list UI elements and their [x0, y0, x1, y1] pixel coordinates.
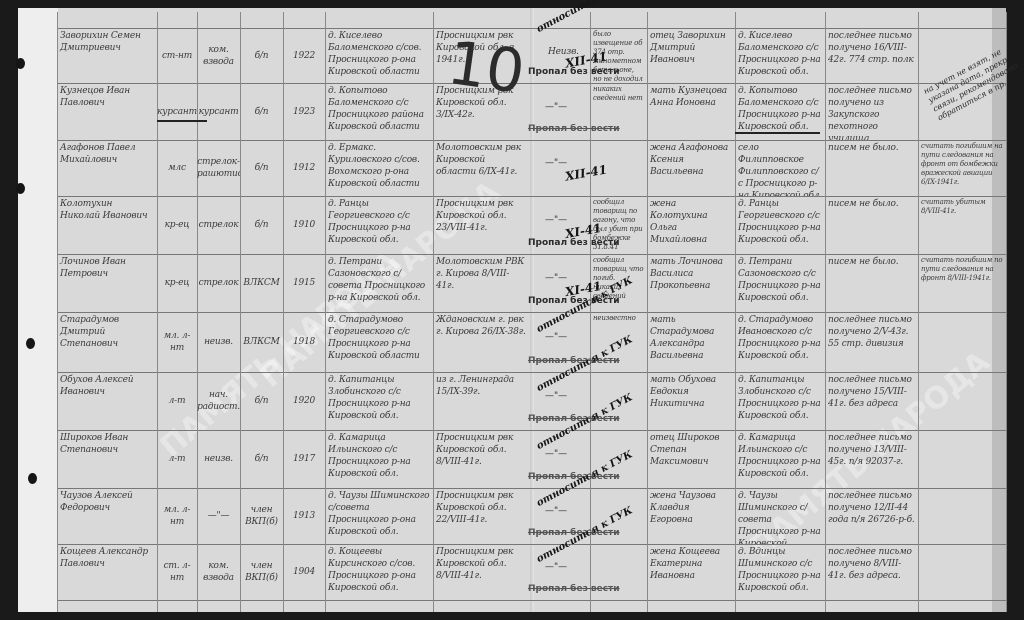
- cell-rank: кр-ец: [157, 196, 197, 254]
- cell-relative: жена Кощеева Екатерина Ивановна: [647, 544, 735, 600]
- cell-year: 1920: [283, 372, 325, 430]
- cell-relative: мать Обухова Евдокия Никитична: [647, 372, 735, 430]
- column-divider: [1006, 12, 1007, 612]
- cell-relative-address: д. Чаузы Шиминского с/совета Просницкого…: [735, 488, 825, 544]
- cell-party: ВЛКСМ: [240, 312, 283, 372]
- cell-name: Широков Иван Степанович: [57, 430, 157, 488]
- cell-birthplace: д. Ермакс. Куриловского с/сов. Вохомског…: [325, 140, 433, 196]
- cell-position: нач. радиост.: [197, 372, 240, 430]
- cell-birthplace: д. Камарица Ильинского с/с Просницкого р…: [325, 430, 433, 488]
- cell-letters: последнее письмо получено 15/VIII-41г. б…: [825, 372, 918, 430]
- unknown-annotation: Неизв.: [545, 44, 590, 58]
- cell-birthplace: д. Ранцы Георгиевского с/с Просницкого р…: [325, 196, 433, 254]
- cell-drafted: из г. Ленинграда 15/IX-39г.: [433, 372, 530, 430]
- cell-position: ком. взвода: [197, 28, 240, 83]
- cell-position: стрелок: [197, 196, 240, 254]
- cell-letters: последнее письмо получено 12/II-44 года …: [825, 488, 918, 544]
- cell-relative: жена Чаузова Клавдия Егоровна: [647, 488, 735, 544]
- cell-party: член ВКП(б): [240, 544, 283, 600]
- cell-rank: млс: [157, 140, 197, 196]
- cell-relative-address: д. Капитанцы Злобинского с/с Просницкого…: [735, 372, 825, 430]
- cell-relative-address: д. Киселево Баломенского с/с Просницкого…: [735, 28, 825, 83]
- cell-remarks: [918, 312, 1006, 372]
- cell-birthplace: д. Копытово Баломенского с/с Просницкого…: [325, 83, 433, 140]
- cell-remarks: [918, 430, 1006, 488]
- cell-relative-address: д. Вдинцы Шиминского с/с Просницкого р-н…: [735, 544, 825, 600]
- cell-year: 1918: [283, 312, 325, 372]
- cell-relative: отец Широков Степан Максимович: [647, 430, 735, 488]
- cell-letters: писем не было.: [825, 254, 918, 312]
- cell-name: Заворихин Семен Дмитриевич: [57, 28, 157, 83]
- cell-letters: последнее письмо получено 16/VIII-42г. 7…: [825, 28, 918, 83]
- cell-drafted: Молотовским РВК г. Кирова 8/VIII-41г.: [433, 254, 530, 312]
- cell-drafted: Просницким рвк Кировской обл. 8/VIII-41г…: [433, 430, 530, 488]
- cell-drafted: Молотовским рвк Кировской области 6/IX-4…: [433, 140, 530, 196]
- cell-remarks: считать погибшим по пути следования на ф…: [918, 254, 1006, 312]
- ditto-mark: —"—: [545, 562, 567, 572]
- cell-rank: ст. л-нт: [157, 544, 197, 600]
- cell-remarks: [918, 372, 1006, 430]
- cell-year: 1915: [283, 254, 325, 312]
- cell-position: —"—: [197, 488, 240, 544]
- cell-drafted: Просницким рвк Кировской обл. 23/VIII-41…: [433, 196, 530, 254]
- cell-year: 1922: [283, 28, 325, 83]
- cell-remarks: [918, 544, 1006, 600]
- cell-relative-address: село Филипповское Филипповского с/с Прос…: [735, 140, 825, 196]
- ditto-mark: —"—: [545, 158, 567, 168]
- cell-rank: ст-нт: [157, 28, 197, 83]
- cell-remarks: считать погибшим на пути следования на ф…: [918, 140, 1006, 196]
- cell-year: 1913: [283, 488, 325, 544]
- cell-party: б/п: [240, 140, 283, 196]
- cell-year: 1910: [283, 196, 325, 254]
- cell-letters: последнее письмо получено 13/VIII-45г. п…: [825, 430, 918, 488]
- cell-party: б/п: [240, 372, 283, 430]
- cell-position: стрелок-парашютист: [197, 140, 240, 196]
- cell-letters: писем не было.: [825, 196, 918, 254]
- cell-year: 1904: [283, 544, 325, 600]
- cell-name: Чаузов Алексей Федорович: [57, 488, 157, 544]
- cell-party: б/п: [240, 430, 283, 488]
- cell-relative: мать Кузнецова Анна Ионовна: [647, 83, 735, 140]
- cell-party: ВЛКСМ: [240, 254, 283, 312]
- cell-party: член ВКП(б): [240, 488, 283, 544]
- cell-rank: мл. л-нт: [157, 312, 197, 372]
- cell-relative-address: д. Петрани Сазоновского с/с Просницкого …: [735, 254, 825, 312]
- cell-year: 1917: [283, 430, 325, 488]
- cell-name: Старадумов Дмитрий Степанович: [57, 312, 157, 372]
- cell-position: стрелок: [197, 254, 240, 312]
- cell-rank: мл. л-нт: [157, 488, 197, 544]
- cell-relative: мать Старадумова Александра Васильевна: [647, 312, 735, 372]
- cell-party: б/п: [240, 83, 283, 140]
- cell-birthplace: д. Чаузы Шиминского с/совета Просницкого…: [325, 488, 433, 544]
- ditto-mark: —"—: [545, 449, 567, 459]
- cell-rank: л-т: [157, 430, 197, 488]
- cell-name: Колотухин Николай Иванович: [57, 196, 157, 254]
- missing-in-action-stamp: Пропал без вести: [528, 124, 620, 134]
- cell-remarks: считать убитым 8/VIII-41г.: [918, 196, 1006, 254]
- cell-rank: л-т: [157, 372, 197, 430]
- cell-birthplace: д. Капитанцы Злобинского с/с Просницкого…: [325, 372, 433, 430]
- cell-drafted: Просницким рвк Кировской обл. 8/VIII-41г…: [433, 544, 530, 600]
- cell-relative: жена Агафонова Ксения Васильевна: [647, 140, 735, 196]
- cell-drafted: Ждановским г. рвк г. Кирова 26/IX-38г.: [433, 312, 530, 372]
- cell-relative: жена Колотухина Ольга Михайловна: [647, 196, 735, 254]
- cell-rank: кр-ец: [157, 254, 197, 312]
- ditto-mark: —"—: [545, 273, 567, 283]
- cell-letters: последнее письмо получено 8/VIII-41г. бе…: [825, 544, 918, 600]
- cell-name: Кузнецов Иван Павлович: [57, 83, 157, 140]
- cell-name: Агафонов Павел Михайлович: [57, 140, 157, 196]
- cell-relative-address: д. Ранцы Георгиевского с/с Просницкого р…: [735, 196, 825, 254]
- ditto-mark: —"—: [545, 391, 567, 401]
- cell-relative-address: д. Камарица Ильинского с/с Просницкого р…: [735, 430, 825, 488]
- ditto-mark: —"—: [545, 215, 567, 225]
- cell-birthplace: д. Старадумово Георгиевского с/с Просниц…: [325, 312, 433, 372]
- cell-year: 1912: [283, 140, 325, 196]
- cell-remarks: [918, 488, 1006, 544]
- cell-relative: мать Лочинова Василиса Прокопьевна: [647, 254, 735, 312]
- sheet-number: 10: [444, 33, 528, 103]
- cell-position: курсант: [197, 83, 240, 140]
- cell-birthplace: д. Киселево Баломенского с/сов. Просницк…: [325, 28, 433, 83]
- cell-position: неизв.: [197, 312, 240, 372]
- ditto-mark: —"—: [545, 332, 567, 342]
- cell-rank: курсант: [157, 83, 197, 140]
- cell-position: ком. взвода: [197, 544, 240, 600]
- ink-underline: [735, 132, 820, 134]
- cell-party: б/п: [240, 196, 283, 254]
- cell-birthplace: д. Кощеевы Кирсинского с/сов. Просницког…: [325, 544, 433, 600]
- cell-letters: писем не было.: [825, 140, 918, 196]
- ditto-mark: —"—: [545, 102, 567, 112]
- cell-drafted: Просницким рвк Кировской обл. 22/VIII-41…: [433, 488, 530, 544]
- missing-in-action-stamp: Пропал без вести: [528, 584, 620, 594]
- cell-name: Обухов Алексей Иванович: [57, 372, 157, 430]
- cell-relative-address: д. Старадумово Ивановского с/с Просницко…: [735, 312, 825, 372]
- cell-name: Кощеев Александр Павлович: [57, 544, 157, 600]
- ditto-mark: —"—: [545, 506, 567, 516]
- cell-name: Лочинов Иван Петрович: [57, 254, 157, 312]
- cell-letters: последнее письмо получено из Закупского …: [825, 83, 918, 140]
- cell-relative: отец Заворихин Дмитрий Иванович: [647, 28, 735, 83]
- cell-party: б/п: [240, 28, 283, 83]
- ink-underline: [157, 120, 207, 122]
- cell-position: неизв.: [197, 430, 240, 488]
- row-divider: [57, 600, 1007, 601]
- cell-birthplace: д. Петрани Сазоновского с/совета Просниц…: [325, 254, 433, 312]
- cell-letters: последнее письмо получено 2/V-43г. 55 ст…: [825, 312, 918, 372]
- cell-year: 1923: [283, 83, 325, 140]
